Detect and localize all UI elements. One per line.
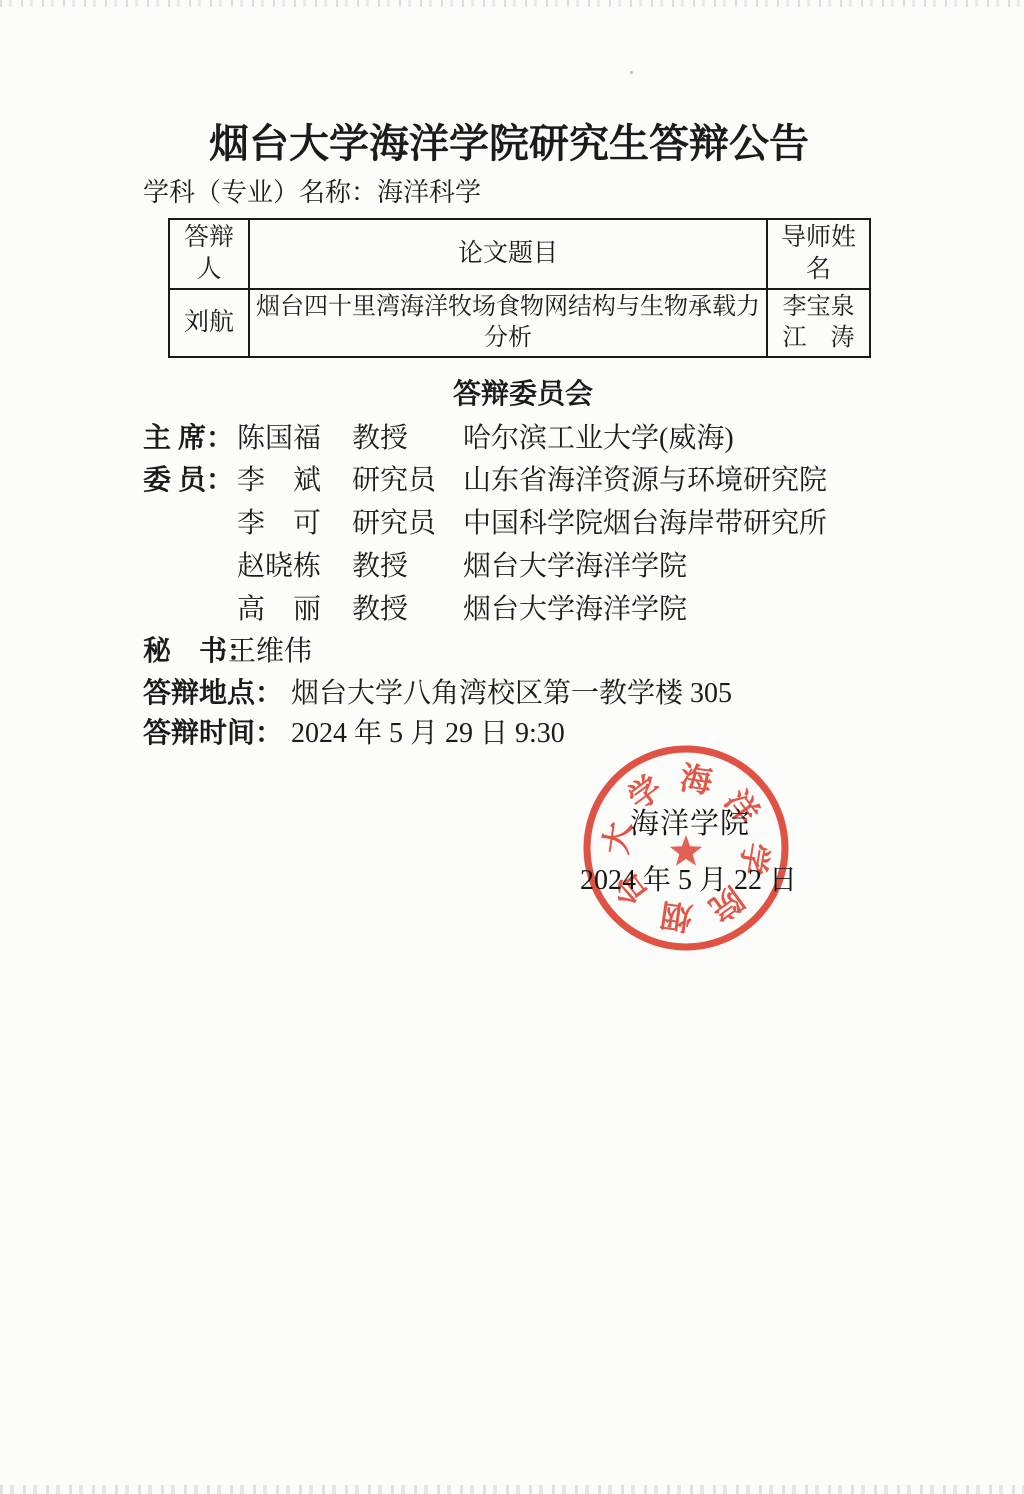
table-header-row: 答辩人 论文题目 导师姓名 bbox=[169, 219, 870, 289]
advisor-name-1: 李宝泉 bbox=[772, 292, 865, 323]
committee-org: 烟台大学海洋学院 bbox=[463, 587, 687, 627]
location-label: 答辩地点： bbox=[143, 678, 283, 709]
header-advisor: 导师姓名 bbox=[767, 219, 870, 289]
committee-row-member: 高 丽 教授 烟台大学海洋学院 bbox=[0, 587, 1024, 630]
time-value: 2024 年 5 月 29 日 9:30 bbox=[291, 718, 565, 749]
header-defender: 答辩人 bbox=[169, 219, 249, 289]
committee-name: 赵晓栋 bbox=[237, 544, 321, 584]
committee-heading: 答辩委员会 bbox=[11, 372, 1024, 412]
scan-artifact-bottom bbox=[0, 1485, 1024, 1494]
committee-title: 教授 bbox=[352, 544, 408, 584]
committee-name: 李 斌 bbox=[237, 458, 321, 498]
advisor-name-2: 江 涛 bbox=[772, 323, 865, 354]
committee-org: 烟台大学海洋学院 bbox=[463, 544, 687, 584]
official-seal: 烟台大学海洋学院 bbox=[576, 738, 796, 958]
committee-org: 山东省海洋资源与环境研究院 bbox=[463, 458, 827, 498]
stamp-date-text: 2024 年 5 月 22 日 bbox=[580, 858, 790, 898]
subject-line: 学科（专业）名称：海洋科学 bbox=[143, 172, 481, 209]
committee-name: 高 丽 bbox=[237, 587, 321, 627]
scan-speck bbox=[630, 71, 633, 74]
committee-row-member: 赵晓栋 教授 烟台大学海洋学院 bbox=[0, 544, 1024, 587]
committee-title: 研究员 bbox=[352, 458, 436, 498]
seal-graphic: 烟台大学海洋学院 bbox=[576, 738, 796, 958]
cell-defender: 刘航 bbox=[169, 289, 249, 357]
cell-thesis: 烟台四十里湾海洋牧场食物网结构与生物承载力分析 bbox=[249, 289, 767, 357]
svg-text:烟: 烟 bbox=[658, 896, 696, 936]
location-value: 烟台大学八角湾校区第一教学楼 305 bbox=[291, 678, 732, 709]
scan-artifact-top bbox=[0, 0, 1024, 7]
cell-advisor: 李宝泉 江 涛 bbox=[767, 289, 870, 357]
document-page: 烟台大学海洋学院研究生答辩公告 学科（专业）名称：海洋科学 答辩人 论文题目 导… bbox=[0, 0, 1024, 1494]
committee-title: 教授 bbox=[352, 587, 408, 627]
defense-location-row: 答辩地点：烟台大学八角湾校区第一教学楼 305 bbox=[143, 671, 732, 711]
committee-org: 哈尔滨工业大学(威海) bbox=[463, 416, 734, 456]
time-label: 答辩时间： bbox=[143, 718, 283, 749]
committee-name: 李 可 bbox=[237, 501, 321, 541]
committee-role: 委 员： bbox=[143, 458, 234, 498]
committee-name: 陈国福 bbox=[237, 416, 321, 456]
svg-text:海: 海 bbox=[678, 760, 715, 800]
defense-time-row: 答辩时间：2024 年 5 月 29 日 9:30 bbox=[143, 711, 565, 751]
secretary-name: 王维伟 bbox=[228, 629, 312, 669]
committee-row-member: 委 员： 李 斌 研究员 山东省海洋资源与环境研究院 bbox=[0, 458, 1024, 501]
committee-title: 教授 bbox=[352, 416, 408, 456]
thesis-title: 烟台四十里湾海洋牧场食物网结构与生物承载力分析 bbox=[254, 292, 762, 353]
page-title: 烟台大学海洋学院研究生答辩公告 bbox=[0, 112, 1021, 169]
committee-row-chair: 主 席： 陈国福 教授 哈尔滨工业大学(威海) bbox=[0, 416, 1024, 459]
defense-table: 答辩人 论文题目 导师姓名 刘航 烟台四十里湾海洋牧场食物网结构与生物承载力分析… bbox=[168, 218, 871, 358]
header-thesis: 论文题目 bbox=[249, 219, 767, 289]
stamp-college-text: 海洋学院 bbox=[620, 801, 760, 842]
committee-role: 主 席： bbox=[143, 416, 234, 456]
committee-org: 中国科学院烟台海岸带研究所 bbox=[463, 501, 827, 541]
committee-title: 研究员 bbox=[352, 501, 436, 541]
committee-row-member: 李 可 研究员 中国科学院烟台海岸带研究所 bbox=[0, 501, 1024, 544]
table-row: 刘航 烟台四十里湾海洋牧场食物网结构与生物承载力分析 李宝泉 江 涛 bbox=[169, 289, 870, 357]
